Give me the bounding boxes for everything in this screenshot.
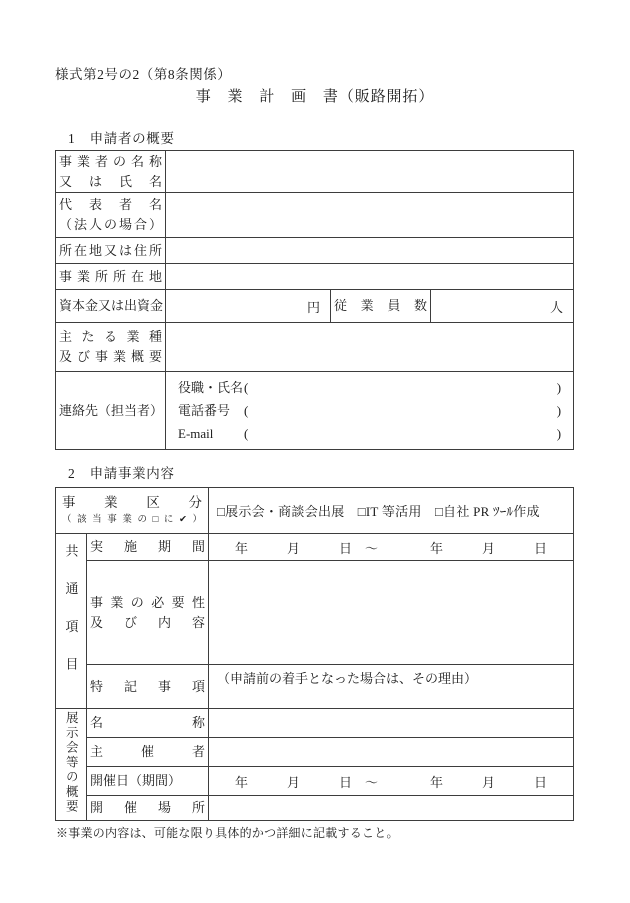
section2-heading: 2 申請事業内容 <box>68 462 175 482</box>
label-category: 事業区分 （該当事業の□に✔） <box>56 488 209 534</box>
label-line: 事業所所在地 <box>59 267 162 287</box>
label-line: 開催日（期間） <box>90 771 205 791</box>
label-employees: 従業員数 <box>331 290 431 323</box>
field-notes: （申請前の着手となった場合は、その理由） <box>209 665 574 709</box>
category-options: □展示会・商談会出展 □IT 等活用 □自社 PR ﾂｰﾙ作成 <box>209 488 574 534</box>
label-contact: 連絡先（担当者） <box>56 372 166 450</box>
label-line: 名称 <box>90 713 205 733</box>
row-location: 所在地又は住所 <box>56 238 574 264</box>
label-line: 事業者の名称 <box>59 152 162 172</box>
label-event-date: 開催日（期間） <box>87 767 209 796</box>
row-organizer: 主催者 <box>56 738 574 767</box>
field-exhibition-name <box>209 709 574 738</box>
field-capital: 円 <box>166 290 331 323</box>
row-industry: 主たる業種 及び事業概要 <box>56 323 574 372</box>
paren-open: ( <box>244 399 248 422</box>
field-employees: 人 <box>431 290 574 323</box>
field-contact: 役職・氏名 ( ) 電話番号 ( ) E-mail ( ) <box>166 372 574 450</box>
label-exhibition-name: 名称 <box>87 709 209 738</box>
unit-person: 人 <box>550 300 563 315</box>
row-capital: 資本金又は出資金 円 従業員数 人 <box>56 290 574 323</box>
label-line: 及び内容 <box>90 613 205 633</box>
field-business-name <box>166 151 574 193</box>
label-line: （該当事業の□に✔） <box>62 514 202 527</box>
label-line: 開催場所 <box>90 798 205 818</box>
row-venue: 開催場所 <box>56 796 574 821</box>
contact-email-label: E-mail <box>178 422 244 445</box>
label-line: （法人の場合） <box>59 215 162 235</box>
label-line: 代表者名 <box>59 195 162 215</box>
label-line: 従業員数 <box>334 296 427 316</box>
field-industry <box>166 323 574 372</box>
label-line: 所在地又は住所 <box>59 241 162 261</box>
label-necessity: 事業の必要性 及び内容 <box>87 561 209 665</box>
field-necessity <box>209 561 574 665</box>
group-exhibition-label: 展示会等の概要 <box>65 711 78 814</box>
label-location: 所在地又は住所 <box>56 238 166 264</box>
field-venue <box>209 796 574 821</box>
row-contact: 連絡先（担当者） 役職・氏名 ( ) 電話番号 ( ) E-mail ( <box>56 372 574 450</box>
label-period: 実施期間 <box>87 534 209 561</box>
label-representative: 代表者名 （法人の場合） <box>56 193 166 238</box>
paren-open: ( <box>244 376 248 399</box>
row-period: 共通項目 実施期間 年 月 日 ～ 年 月 日 <box>56 534 574 561</box>
label-line: 事業の必要性 <box>90 593 205 613</box>
label-line: 実施期間 <box>90 537 205 557</box>
field-representative <box>166 193 574 238</box>
contact-phone-label: 電話番号 <box>178 399 244 422</box>
section1-heading: 1 申請者の概要 <box>68 127 175 147</box>
field-organizer <box>209 738 574 767</box>
label-line: 連絡先（担当者） <box>59 401 162 421</box>
paren-close: ) <box>557 376 561 399</box>
group-common-label: 共通項目 <box>65 544 78 695</box>
paren-close: ) <box>557 422 561 445</box>
label-line: 及び事業概要 <box>59 347 162 367</box>
label-line: 資本金又は出資金 <box>59 296 162 316</box>
group-common: 共通項目 <box>56 534 87 709</box>
label-line: 事業区分 <box>62 494 202 512</box>
row-office-location: 事業所所在地 <box>56 264 574 290</box>
label-venue: 開催場所 <box>87 796 209 821</box>
row-event-date: 開催日（期間） 年 月 日 ～ 年 月 日 <box>56 767 574 796</box>
row-representative: 代表者名 （法人の場合） <box>56 193 574 238</box>
form-code: 様式第2号の2（第8条関係） <box>55 63 231 83</box>
document-title: 事 業 計 画 書（販路開拓） <box>0 85 630 106</box>
unit-yen: 円 <box>307 300 320 315</box>
applicant-table: 事業者の名称 又は氏名 代表者名 （法人の場合） 所在地又は住所 事業所所在地 <box>55 150 574 450</box>
group-exhibition: 展示会等の概要 <box>56 709 87 821</box>
form-page: 様式第2号の2（第8条関係） 事 業 計 画 書（販路開拓） 1 申請者の概要 … <box>0 0 630 903</box>
row-business-name: 事業者の名称 又は氏名 <box>56 151 574 193</box>
field-location <box>166 238 574 264</box>
contact-line-phone: 電話番号 ( ) <box>178 399 561 422</box>
contact-line-email: E-mail ( ) <box>178 422 561 445</box>
label-line: 又は氏名 <box>59 172 162 192</box>
field-event-date: 年 月 日 ～ 年 月 日 <box>209 767 574 796</box>
label-organizer: 主催者 <box>87 738 209 767</box>
row-necessity: 事業の必要性 及び内容 <box>56 561 574 665</box>
field-period: 年 月 日 ～ 年 月 日 <box>209 534 574 561</box>
row-notes: 特記事項 （申請前の着手となった場合は、その理由） <box>56 665 574 709</box>
row-category: 事業区分 （該当事業の□に✔） □展示会・商談会出展 □IT 等活用 □自社 P… <box>56 488 574 534</box>
field-office-location <box>166 264 574 290</box>
row-exhibition-name: 展示会等の概要 名称 <box>56 709 574 738</box>
contact-name-label: 役職・氏名 <box>178 376 244 399</box>
contact-line-name: 役職・氏名 ( ) <box>178 376 561 399</box>
paren-close: ) <box>557 399 561 422</box>
label-line: 主たる業種 <box>59 327 162 347</box>
footnote: ※事業の内容は、可能な限り具体的かつ詳細に記載すること。 <box>56 824 399 841</box>
label-capital: 資本金又は出資金 <box>56 290 166 323</box>
paren-open: ( <box>244 422 248 445</box>
label-industry: 主たる業種 及び事業概要 <box>56 323 166 372</box>
label-line: 特記事項 <box>90 677 205 697</box>
label-line: 主催者 <box>90 742 205 762</box>
label-office-location: 事業所所在地 <box>56 264 166 290</box>
label-business-name: 事業者の名称 又は氏名 <box>56 151 166 193</box>
label-notes: 特記事項 <box>87 665 209 709</box>
business-table: 事業区分 （該当事業の□に✔） □展示会・商談会出展 □IT 等活用 □自社 P… <box>55 487 574 821</box>
